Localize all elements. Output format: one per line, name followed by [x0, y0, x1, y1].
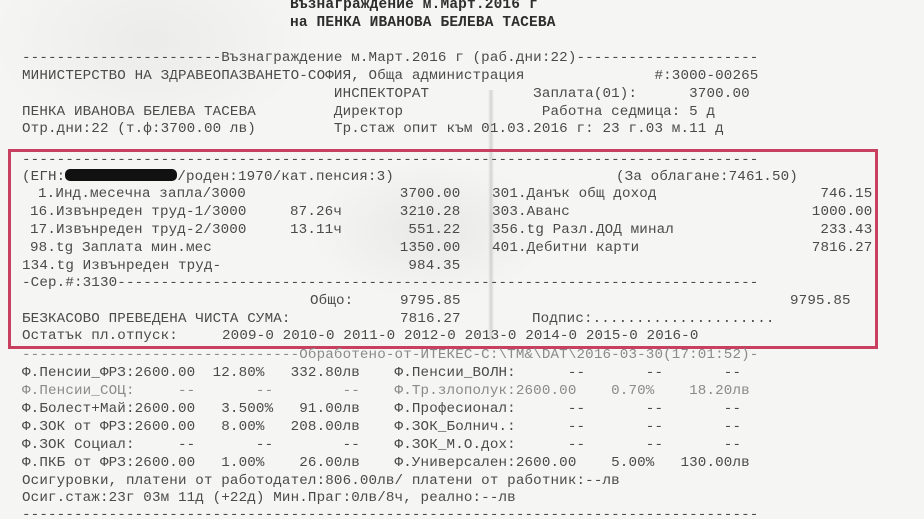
earning-row-label: 17.Извънреден труд-2/3000 — [30, 222, 247, 238]
contribution-row: Ф.ЗОК от ФРЗ:2600.00 8.00% 208.00лв Ф.ЗО… — [22, 419, 741, 435]
seniority-line: Осиг.стаж:23г 03м 11д (+22д) Мин.Праг:0л… — [22, 490, 516, 506]
section-separator: ----------------------------------------… — [22, 152, 758, 168]
earning-row-amount: 1350.00 — [400, 240, 461, 256]
deduction-row-amount: 1000.00 — [812, 204, 873, 220]
earning-row-amount: 3210.28 — [400, 204, 461, 220]
deduction-row-label: 356.tg Разл.ДОД минал — [492, 222, 674, 238]
contribution-row: Ф.Пенсии_СОЦ: -- -- -- Ф.Тр.злополук:260… — [22, 383, 750, 399]
earning-row-label: 98.tg Заплата мин.мес — [30, 240, 212, 256]
insurance-line: Осигуровки, платени от работодател:806.0… — [22, 473, 620, 489]
egn-label: (ЕГН: — [22, 169, 65, 185]
employee-name-line: ПЕНКА ИВАНОВА БЕЛЕВА ТАСЕВА Директор Раб… — [22, 104, 715, 120]
earning-row-hours: 87.26ч — [290, 204, 342, 220]
egn-line: (ЕГН:/роден:1970/кат.пенсия:3) — [22, 169, 394, 185]
document-title: Възнаграждение м.Март.2016 г — [290, 0, 538, 13]
leave-label: Остатък пл.отпуск: — [22, 328, 178, 344]
contribution-row: Ф.ЗОК Социал: -- -- -- Ф.ЗОК_М.О.дох: --… — [22, 437, 741, 453]
deduction-row-label: 303.Аванс — [492, 204, 570, 220]
total-label: Общо: — [310, 293, 353, 309]
employer-line: МИНИСТЕРСТВО НА ЗДРАВЕОПАЗВАНЕТО-СОФИЯ, … — [22, 68, 758, 84]
leave-balances: 2009-0 2010-0 2011-0 2012-0 2013-0 2014-… — [222, 328, 699, 344]
total-deductions: 9795.85 — [790, 293, 851, 309]
scanned-payslip: Възнаграждение м.Март.2016 г на ПЕНКА ИВ… — [0, 0, 924, 519]
period-line: -----------------------Възнаграждение м.… — [22, 50, 758, 66]
contribution-row: Ф.Болест+Май:2600.00 3.500% 91.00лв Ф.Пр… — [22, 401, 741, 417]
worked-days-line: Отр.дни:22 (т.ф:3700.00 лв) Тр.стаж опит… — [22, 121, 724, 137]
deduction-row-amount: 7816.27 — [812, 240, 873, 256]
footer-separator: ----------------------------------------… — [22, 507, 758, 519]
earning-row-label: 134.tg Извънреден труд- — [22, 258, 221, 274]
ser-line: -Сер.#:3130-----------------------------… — [22, 275, 758, 291]
earning-row-hours: 13.11ч — [290, 222, 342, 238]
earning-row-amount: 984.35 — [408, 258, 460, 274]
net-label: БЕЗКАСОВО ПРЕВЕДЕНА ЧИСТА СУМА: — [22, 311, 291, 327]
net-amount: 7816.27 — [400, 311, 461, 327]
total-earnings: 9795.85 — [400, 293, 461, 309]
redacted-egn — [65, 169, 177, 181]
document-subtitle: на ПЕНКА ИВАНОВА БЕЛЕВА ТАСЕВА — [290, 15, 556, 31]
earning-row-label: 16.Извънреден труд-1/3000 — [30, 204, 247, 220]
deduction-row-amount: 233.43 — [820, 222, 872, 238]
earning-row-amount: 3700.00 — [400, 186, 461, 202]
department-line: ИНСПЕКТОРАТ Заплата(01): 3700.00 — [22, 86, 750, 102]
taxable-amount: (За облагане:7461.50) — [616, 169, 798, 185]
earning-row-amount: 551.22 — [408, 222, 460, 238]
contribution-row: Ф.Пенсии_ФРЗ:2600.00 12.80% 332.80лв Ф.П… — [22, 365, 741, 381]
processed-line: --------------------------------Обработе… — [22, 347, 758, 363]
deduction-row-amount: 746.15 — [820, 186, 872, 202]
deduction-row-label: 301.Данък общ доход — [492, 186, 657, 202]
contribution-row: Ф.ПКБ от ФРЗ:2600.00 1.00% 26.00лв Ф.Уни… — [22, 455, 750, 471]
birth-pension-info: /роден:1970/кат.пенсия:3) — [177, 169, 394, 185]
deduction-row-label: 401.Дебитни карти — [492, 240, 639, 256]
signature-line: Подпис:..................... — [532, 311, 775, 327]
earning-row-label: 1.Инд.месечна запла/3000 — [38, 186, 246, 202]
